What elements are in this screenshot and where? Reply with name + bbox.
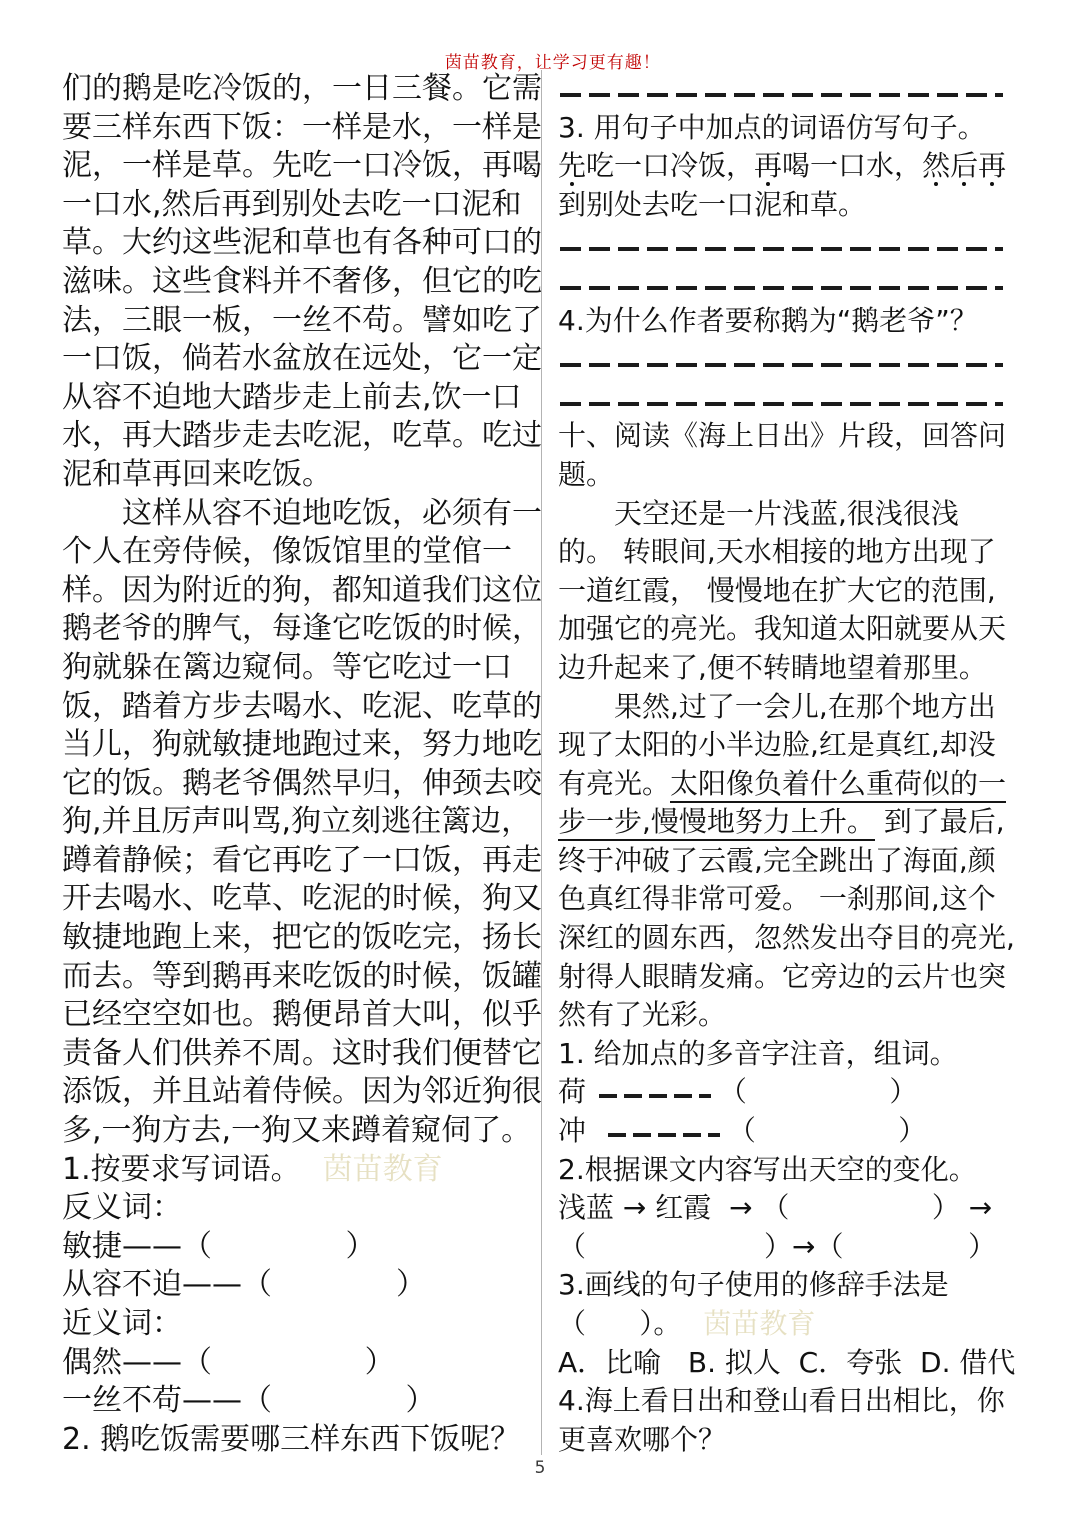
text-run: 然有了光彩。: [558, 998, 726, 1031]
text-run: 一丝不苟——（ ）: [62, 1383, 436, 1418]
page-footer: 5: [0, 1458, 1080, 1478]
text-line: 滋味。这些食料并不奢侈，但它的吃: [62, 263, 540, 302]
text-run: 天空还是一片浅蓝,很浅很浅: [614, 497, 959, 530]
text-line: 1. 给加点的多音字注音，组词。: [558, 1035, 1010, 1074]
text-line: 十、阅读《海上日出》片段，回答问: [558, 417, 1010, 456]
text-run: 样。因为附近的狗，都知道我们这位: [62, 573, 542, 608]
text-run: 终于冲破了云霞,完全跳出了海面,颜: [558, 844, 996, 877]
text-line: 一道红霞， 慢慢地在扩大它的范围,: [558, 572, 1010, 611]
text-run: 狗就躲在篱边窥伺。等它吃过一口: [62, 650, 512, 685]
text-run: 添饭，并且站着侍候。因为邻近狗很: [62, 1074, 542, 1109]
text-line: 终于冲破了云霞,完全跳出了海面,颜: [558, 842, 1010, 881]
text-line: 荷 （ ）: [558, 1073, 1010, 1112]
text-line: 3.画线的句子使用的修辞手法是: [558, 1266, 1010, 1305]
answer-blank-inline: [608, 1133, 720, 1137]
text-line: 敏捷——（ ）: [62, 1228, 540, 1267]
text-run: 它的饭。鹅老爷偶然早归，伸颈去咬: [62, 766, 542, 801]
text-line: 而去。等到鹅再来吃饭的时候，饭罐: [62, 958, 540, 997]
text-run: 2.根据课文内容写出天空的变化。: [558, 1153, 977, 1186]
text-run: 现了太阳的小半边脸,红是真红,却没: [558, 728, 996, 761]
text-line: 从容不迫地大踏步走上前去,饮一口: [62, 379, 540, 418]
text-run: 2. 鹅吃饭需要哪三样东西下饭呢？: [62, 1422, 520, 1457]
text-line: 现了太阳的小半边脸,红是真红,却没: [558, 726, 1010, 765]
text-run: 1. 给加点的多音字注音，组词。: [558, 1037, 958, 1070]
text-run: 鹅老爷的脾气，每逢它吃饭的时候，: [62, 611, 542, 646]
dotted-char: 然: [922, 147, 950, 186]
text-run: 泥和草再回来吃饭。: [62, 457, 332, 492]
text-line: 这样从容不迫地吃饭，必须有一: [62, 495, 540, 534]
answer-blank-line: [558, 70, 1010, 109]
text-run: 3.画线的句子使用的修辞手法是: [558, 1268, 949, 1301]
text-run: 有亮光。: [558, 767, 670, 800]
underlined-text: 步一步,慢慢地努力上升。: [558, 805, 875, 841]
text-run: 草。大约这些泥和草也有各种可口的: [62, 225, 542, 260]
text-line: 近义词：: [62, 1305, 540, 1344]
watermark: 茵苗教育: [323, 1152, 443, 1187]
dotted-char: 先: [558, 147, 586, 186]
text-run: 一口水,然后再到别处去吃一口泥和: [62, 187, 522, 222]
text-run: 的。 转眼间,天水相接的地方出现了: [558, 535, 996, 568]
text-line: 天空还是一片浅蓝,很浅很浅: [558, 495, 1010, 534]
text-line: 狗就躲在篱边窥伺。等它吃过一口: [62, 649, 540, 688]
text-run: 射得人眼睛发痛。它旁边的云片也突: [558, 960, 1006, 993]
text-line: 有亮光。太阳像负着什么重荷似的一: [558, 765, 1010, 804]
text-run: 冲: [558, 1114, 604, 1147]
text-line: 更喜欢哪个？: [558, 1421, 1010, 1460]
answer-blank-line: [558, 340, 1010, 379]
text-line: 偶然——（ ）: [62, 1344, 540, 1383]
text-line: 敏捷地跑上来，把它的饭吃完，扬长: [62, 919, 540, 958]
text-run: 蹲着静候；看它再吃了一口饭，再走: [62, 843, 542, 878]
text-run: 当儿，狗就敏捷地跑过来，努力地吃: [62, 727, 542, 762]
text-run: （ ）→（ ）: [558, 1230, 996, 1263]
text-run: 1.按要求写词语。: [62, 1152, 301, 1187]
text-line: 色真红得非常可爱。 一刹那间,这个: [558, 880, 1010, 919]
text-run: 泥，一样是草。先吃一口冷饭，再喝: [62, 148, 542, 183]
text-line: 边升起来了,便不转睛地望着那里。: [558, 649, 1010, 688]
text-line: 鹅老爷的脾气，每逢它吃饭的时候，: [62, 610, 540, 649]
text-line: 步一步,慢慢地努力上升。 到了最后,: [558, 803, 1010, 842]
text-run: 喝一口水，: [782, 149, 922, 182]
text-run: 而去。等到鹅再来吃饭的时候，饭罐: [62, 959, 542, 994]
text-line: （ ）。茵苗教育: [558, 1305, 1010, 1344]
text-run: A．比喻 B. 拟人 C．夸张 D. 借代: [558, 1346, 1015, 1379]
text-line: 1.按要求写词语。茵苗教育: [62, 1151, 540, 1190]
text-line: 先吃一口冷饭，再喝一口水，然后再: [558, 147, 1010, 186]
answer-blank-line: [558, 379, 1010, 418]
text-run: 们的鹅是吃冷饭的，一日三餐。它需: [62, 71, 542, 106]
text-line: 一口水,然后再到别处去吃一口泥和: [62, 186, 540, 225]
text-run: 浅蓝 → 红霞 → （ ） →: [558, 1191, 992, 1224]
text-line: 法，三眼一板，一丝不苟。譬如吃了: [62, 302, 540, 341]
text-run: 敏捷地跑上来，把它的饭吃完，扬长: [62, 920, 542, 955]
text-run: 滋味。这些食料并不奢侈，但它的吃: [62, 264, 542, 299]
text-run: 已经空空如也。鹅便昂首大叫，似乎: [62, 997, 542, 1032]
text-line: 的。 转眼间,天水相接的地方出现了: [558, 533, 1010, 572]
text-run: 反义词：: [62, 1190, 182, 1225]
text-run: 3. 用句子中加点的词语仿写句子。: [558, 111, 986, 144]
text-line: 要三样东西下饭：一样是水，一样是: [62, 109, 540, 148]
text-run: 开去喝水、吃草、吃泥的时候，狗又: [62, 881, 542, 916]
text-run: 法，三眼一板，一丝不苟。譬如吃了: [62, 303, 542, 338]
text-run: 个人在旁侍候，像饭馆里的堂倌一: [62, 534, 512, 569]
text-run: 狗,并且厉声叫骂,狗立刻逃往篱边，: [62, 804, 531, 839]
answer-blank-inline: [599, 1094, 711, 1098]
text-run: 这样从容不迫地吃饭，必须有一: [122, 496, 542, 531]
text-run: 色真红得非常可爱。 一刹那间,这个: [558, 882, 996, 915]
text-line: 狗,并且厉声叫骂,狗立刻逃往篱边，: [62, 803, 540, 842]
text-line: 射得人眼睛发痛。它旁边的云片也突: [558, 958, 1010, 997]
text-run: 饭，踏着方步去喝水、吃泥、吃草的: [62, 689, 542, 724]
text-line: 责备人们供养不周。这时我们便替它: [62, 1035, 540, 1074]
right-column: 3. 用句子中加点的词语仿写句子。先吃一口冷饭，再喝一口水，然后再到别处去吃一口…: [558, 70, 1010, 1459]
column-divider: [541, 70, 542, 1455]
text-line: 当儿，狗就敏捷地跑过来，努力地吃: [62, 726, 540, 765]
text-run: 4.为什么作者要称鹅为“鹅老爷”？: [558, 304, 978, 337]
text-run: 近义词：: [62, 1306, 182, 1341]
dotted-char: 再: [978, 147, 1006, 186]
text-run: （ ）: [728, 1114, 926, 1147]
text-line: 果然,过了一会儿,在那个地方出: [558, 688, 1010, 727]
worksheet-page: 茵苗教育，让学习更有趣！ 们的鹅是吃冷饭的，一日三餐。它需要三样东西下饭：一样是…: [0, 0, 1080, 1527]
page-number: 5: [535, 1458, 546, 1478]
text-run: 吃一口冷饭，: [586, 149, 754, 182]
text-line: 反义词：: [62, 1189, 540, 1228]
text-line: 3. 用句子中加点的词语仿写句子。: [558, 109, 1010, 148]
text-line: 开去喝水、吃草、吃泥的时候，狗又: [62, 880, 540, 919]
text-run: 题。: [558, 458, 614, 491]
dotted-char: 再: [754, 147, 782, 186]
text-line: 然有了光彩。: [558, 996, 1010, 1035]
emphasis-dotted-text: 然后再: [922, 149, 1006, 182]
dotted-char: 后: [950, 147, 978, 186]
text-run: 边升起来了,便不转睛地望着那里。: [558, 651, 987, 684]
answer-blank-line: [558, 224, 1010, 263]
text-run: 偶然——（ ）: [62, 1345, 395, 1380]
text-line: 们的鹅是吃冷饭的，一日三餐。它需: [62, 70, 540, 109]
emphasis-dotted-text: 再: [754, 149, 782, 182]
text-line: 冲 （ ）: [558, 1112, 1010, 1151]
text-line: 一丝不苟——（ ）: [62, 1382, 540, 1421]
text-run: 水，再大踏步走去吃泥，吃草。吃过: [62, 418, 542, 453]
text-line: 一口饭，倘若水盆放在远处，它一定: [62, 340, 540, 379]
text-line: 草。大约这些泥和草也有各种可口的: [62, 224, 540, 263]
text-line: 蹲着静候；看它再吃了一口饭，再走: [62, 842, 540, 881]
text-run: 十、阅读《海上日出》片段，回答问: [558, 419, 1006, 452]
underlined-text: 太阳像负着什么重荷似的一: [670, 767, 1006, 803]
text-line: 泥和草再回来吃饭。: [62, 456, 540, 495]
text-line: A．比喻 B. 拟人 C．夸张 D. 借代: [558, 1344, 1010, 1383]
text-line: 题。: [558, 456, 1010, 495]
answer-blank-line: [558, 263, 1010, 302]
text-line: 样。因为附近的狗，都知道我们这位: [62, 572, 540, 611]
text-run: 从容不迫——（ ）: [62, 1267, 426, 1302]
text-run: 果然,过了一会儿,在那个地方出: [614, 690, 996, 723]
text-line: 水，再大踏步走去吃泥，吃草。吃过: [62, 417, 540, 456]
text-run: 到别处去吃一口泥和草。: [558, 188, 866, 221]
text-line: 2. 鹅吃饭需要哪三样东西下饭呢？: [62, 1421, 540, 1460]
text-run: 荷: [558, 1075, 595, 1108]
text-line: 到别处去吃一口泥和草。: [558, 186, 1010, 225]
text-line: 4.为什么作者要称鹅为“鹅老爷”？: [558, 302, 1010, 341]
emphasis-dotted-text: 先: [558, 149, 586, 182]
text-line: 已经空空如也。鹅便昂首大叫，似乎: [62, 996, 540, 1035]
text-line: 泥，一样是草。先吃一口冷饭，再喝: [62, 147, 540, 186]
text-line: 它的饭。鹅老爷偶然早归，伸颈去咬: [62, 765, 540, 804]
text-run: 要三样东西下饭：一样是水，一样是: [62, 110, 542, 145]
left-column: 们的鹅是吃冷饭的，一日三餐。它需要三样东西下饭：一样是水，一样是泥，一样是草。先…: [62, 70, 540, 1459]
text-run: 更喜欢哪个？: [558, 1423, 726, 1456]
text-line: 添饭，并且站着侍候。因为邻近狗很: [62, 1073, 540, 1112]
text-run: 多,一狗方去,一狗又来蹲着窥伺了。: [62, 1113, 531, 1148]
text-run: 责备人们供养不周。这时我们便替它: [62, 1036, 542, 1071]
text-run: （ ）。: [558, 1307, 681, 1340]
text-run: 加强它的亮光。我知道太阳就要从天: [558, 612, 1006, 645]
text-line: 4.海上看日出和登山看日出相比，你: [558, 1382, 1010, 1421]
text-line: 个人在旁侍候，像饭馆里的堂倌一: [62, 533, 540, 572]
text-line: 加强它的亮光。我知道太阳就要从天: [558, 610, 1010, 649]
text-line: 深红的圆东西，忽然发出夺目的亮光,: [558, 919, 1010, 958]
text-run: 一口饭，倘若水盆放在远处，它一定: [62, 341, 542, 376]
text-run: （ ）: [719, 1075, 917, 1108]
text-run: 从容不迫地大踏步走上前去,饮一口: [62, 380, 522, 415]
text-line: 多,一狗方去,一狗又来蹲着窥伺了。: [62, 1112, 540, 1151]
text-line: 从容不迫——（ ）: [62, 1266, 540, 1305]
text-run: 一道红霞， 慢慢地在扩大它的范围,: [558, 574, 996, 607]
watermark: 茵苗教育: [703, 1307, 815, 1340]
text-line: 浅蓝 → 红霞 → （ ） →: [558, 1189, 1010, 1228]
text-line: （ ）→（ ）: [558, 1228, 1010, 1267]
text-line: 饭，踏着方步去喝水、吃泥、吃草的: [62, 688, 540, 727]
text-run: 到了最后,: [875, 805, 1005, 838]
text-line: 2.根据课文内容写出天空的变化。: [558, 1151, 1010, 1190]
text-run: 深红的圆东西，忽然发出夺目的亮光,: [558, 921, 1015, 954]
text-run: 敏捷——（ ）: [62, 1229, 376, 1264]
text-run: 4.海上看日出和登山看日出相比，你: [558, 1384, 1005, 1417]
